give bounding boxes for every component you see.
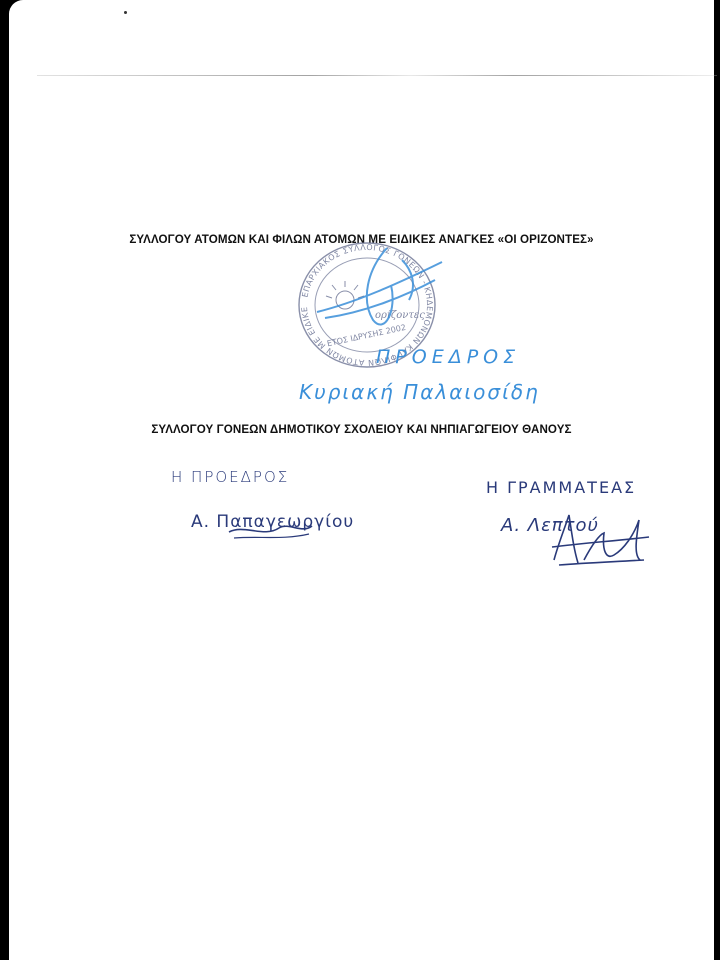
horizons-president-title: ΠΡΟΕΔΡΟΣ xyxy=(376,346,520,368)
scan-speck xyxy=(124,11,127,14)
scanned-page: ΣΥΛΛΟΓΟΥ ΑΤΟΜΩΝ ΚΑΙ ΦΙΛΩΝ ΑΤΟΜΩΝ ΜΕ ΕΙΔΙ… xyxy=(9,0,714,960)
stamp-logo-text: ορίζοντες xyxy=(375,310,425,321)
parents-secretary-signature xyxy=(544,505,654,575)
parents-president-title: Η ΠΡΟΕΔΡΟΣ xyxy=(171,468,289,486)
horizons-president-name: Κυριακή Παλαιοσίδη xyxy=(299,380,540,404)
parents-secretary-title: Η ΓΡΑΜΜΑΤΕΑΣ xyxy=(486,478,636,497)
page-fold-line xyxy=(37,75,717,76)
organization-parents-heading: ΣΥΛΛΟΓΟΥ ΓΟΝΕΩΝ ΔΗΜΟΤΙΚΟΥ ΣΧΟΛΕΙΟΥ ΚΑΙ Ν… xyxy=(9,423,714,436)
parents-president-signature xyxy=(224,518,314,542)
